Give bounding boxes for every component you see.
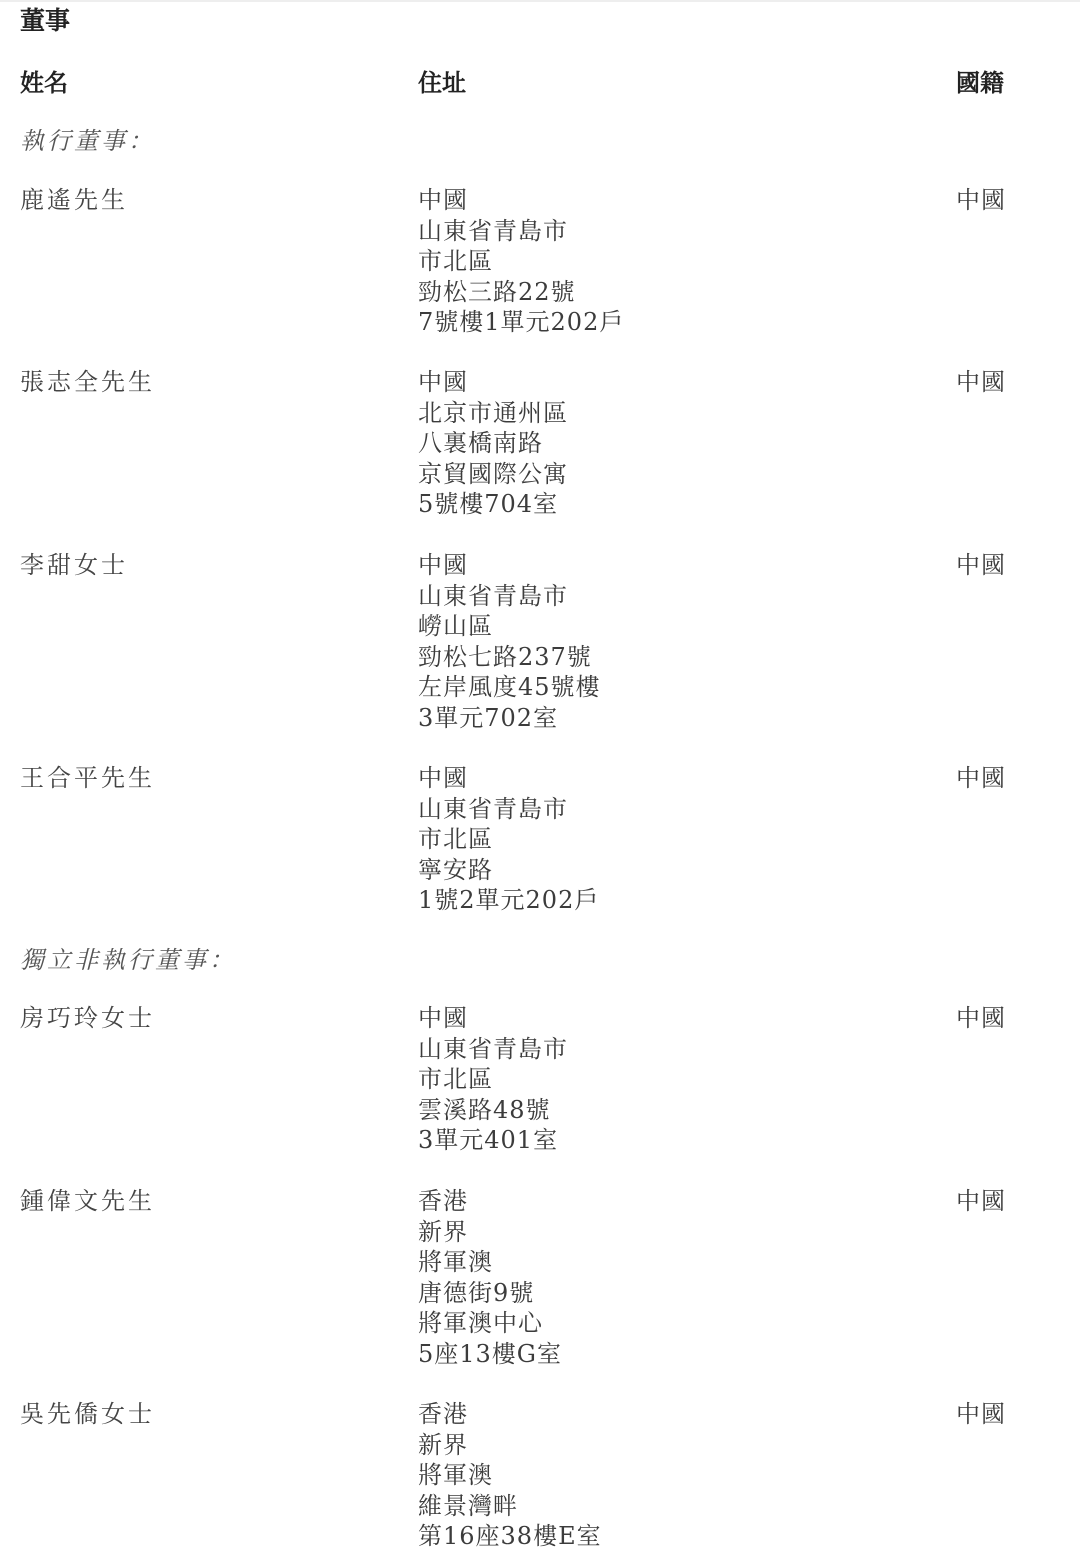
director-nationality: 中國 (956, 763, 1006, 794)
director-nationality: 中國 (956, 1186, 1006, 1217)
director-nationality: 中國 (956, 1399, 1006, 1430)
director-nationality: 中國 (956, 550, 1006, 581)
address-line: 寧安路 (418, 855, 599, 886)
column-header-nationality: 國籍 (956, 66, 1004, 100)
column-header-name: 姓名 (20, 66, 68, 100)
address-line: 1號2單元202戶 (418, 885, 599, 916)
address-line: 嶗山區 (418, 611, 601, 642)
director-address: 中國 山東省青島市 市北區 寧安路 1號2單元202戶 (418, 763, 599, 916)
address-line: 北京市通州區 (418, 398, 568, 429)
address-line: 維景灣畔 (418, 1491, 602, 1522)
address-line: 八裏橋南路 (418, 428, 568, 459)
top-border (0, 0, 1080, 2)
director-nationality: 中國 (956, 185, 1006, 216)
address-line: 勁松七路237號 (418, 642, 601, 673)
address-line: 香港 (418, 1186, 562, 1217)
page-title: 董事 (20, 4, 70, 38)
address-line: 3單元401室 (418, 1125, 568, 1156)
director-address: 中國 山東省青島市 市北區 勁松三路22號 7號樓1單元202戶 (418, 185, 624, 338)
address-line: 7號樓1單元202戶 (418, 307, 624, 338)
address-line: 京貿國際公寓 (418, 459, 568, 490)
address-line: 左岸風度45號樓 (418, 672, 601, 703)
address-line: 新界 (418, 1430, 602, 1461)
section-label-executive: 執行董事： (20, 124, 155, 158)
address-line: 雲溪路48號 (418, 1095, 568, 1126)
address-line: 市北區 (418, 246, 624, 277)
address-line: 香港 (418, 1399, 602, 1430)
address-line: 中國 (418, 185, 624, 216)
director-name: 鍾偉文先生 (20, 1186, 155, 1217)
address-line: 山東省青島市 (418, 216, 624, 247)
director-name: 王合平先生 (20, 763, 155, 794)
address-line: 市北區 (418, 824, 599, 855)
address-line: 第16座38樓E室 (418, 1521, 602, 1552)
address-line: 將軍澳 (418, 1247, 562, 1278)
address-line: 中國 (418, 550, 601, 581)
director-address: 中國 山東省青島市 嶗山區 勁松七路237號 左岸風度45號樓 3單元702室 (418, 550, 601, 734)
address-line: 新界 (418, 1217, 562, 1248)
section-label-independent-non-executive: 獨立非執行董事： (20, 943, 236, 977)
address-line: 將軍澳 (418, 1460, 602, 1491)
director-address: 中國 山東省青島市 市北區 雲溪路48號 3單元401室 (418, 1003, 568, 1156)
address-line: 唐德街9號 (418, 1278, 562, 1309)
director-address: 香港 新界 將軍澳 維景灣畔 第16座38樓E室 (418, 1399, 602, 1552)
address-line: 5座13樓G室 (418, 1339, 562, 1370)
address-line: 中國 (418, 1003, 568, 1034)
director-address: 香港 新界 將軍澳 唐德街9號 將軍澳中心 5座13樓G室 (418, 1186, 562, 1370)
director-nationality: 中國 (956, 1003, 1006, 1034)
director-name: 鹿遙先生 (20, 185, 128, 216)
director-name: 張志全先生 (20, 367, 155, 398)
address-line: 山東省青島市 (418, 581, 601, 612)
address-line: 中國 (418, 763, 599, 794)
director-name: 房巧玲女士 (20, 1003, 155, 1034)
address-line: 5號樓704室 (418, 489, 568, 520)
column-header-address: 住址 (418, 66, 466, 100)
director-name: 李甜女士 (20, 550, 128, 581)
address-line: 市北區 (418, 1064, 568, 1095)
director-nationality: 中國 (956, 367, 1006, 398)
address-line: 勁松三路22號 (418, 277, 624, 308)
director-name: 吳先僑女士 (20, 1399, 155, 1430)
address-line: 中國 (418, 367, 568, 398)
director-address: 中國 北京市通州區 八裏橋南路 京貿國際公寓 5號樓704室 (418, 367, 568, 520)
address-line: 山東省青島市 (418, 1034, 568, 1065)
address-line: 3單元702室 (418, 703, 601, 734)
address-line: 山東省青島市 (418, 794, 599, 825)
address-line: 將軍澳中心 (418, 1308, 562, 1339)
